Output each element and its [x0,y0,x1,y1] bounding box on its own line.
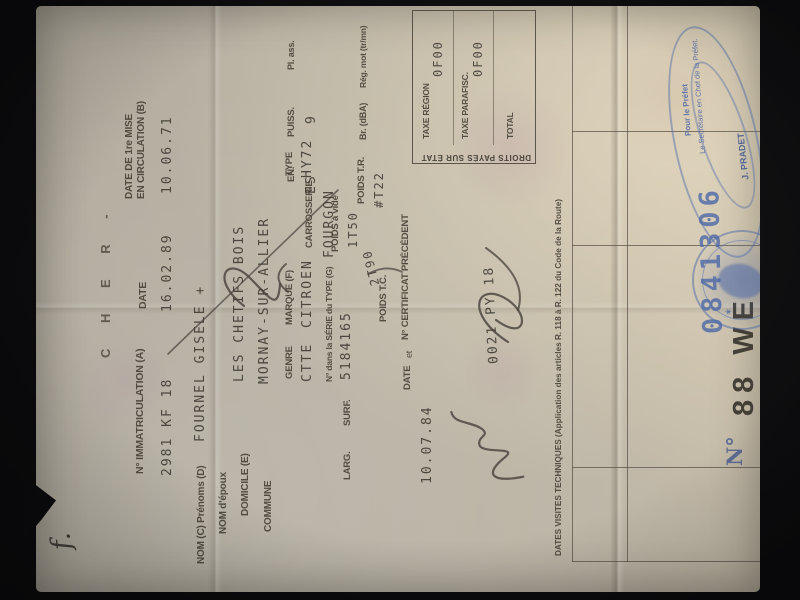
first-registration-label-line1: DATE DE 1re MISE [124,114,135,199]
grid-line [572,467,760,468]
grid-line [572,561,760,562]
date-label: DATE [137,282,149,309]
paper-stain [596,32,756,162]
tax-box: DROITS PAYÉS SUR ÉTAT TAXE RÉGION 0F00 T… [412,10,536,164]
domicile-label: DOMICILE (E) [240,453,251,516]
domicile-value: LES CHETIFS BOIS [232,225,247,382]
total-label: TOTAL [505,112,515,139]
document-photo: f. C H E R - N° IMMATRICULATION (A) DATE… [36,6,760,592]
fold-crease [610,6,624,592]
date2-value: 10.07.84 [420,405,435,484]
paper-stain [466,322,536,422]
immat-label: N° IMMATRICULATION (A) [134,349,146,474]
grid-line [572,6,573,562]
genre-value: CTTE [300,343,315,382]
serie-label: N° dans la SÉRIE du TYPE (G) [324,267,334,382]
cert-prec-label: N° CERTIFICAT PRÉCÉDENT [400,214,411,340]
marque-label: MARQUE (F) [284,270,295,325]
commune-value: MORNAY-SUR-ALLIER [257,217,272,384]
first-registration-value: 10.06.71 [160,115,175,194]
grid-line [627,6,628,562]
seal-star-icon: ✶ [724,308,735,316]
poids-tc-value: 2T90 [360,248,383,287]
poids-vide-value: 1T50 [346,211,360,248]
nom-label: NOM (C) Prénoms (D) [196,466,207,564]
regime-label: Rég. mot (tr/mn) [358,26,368,88]
visites-header: DATES VISITES TECHNIQUES (Application de… [554,199,563,556]
marque-value: CITROEN [300,259,315,328]
commune-label: COMMUNE [263,481,274,532]
poids-vide-label: POIDS à vide [330,195,341,252]
taxe-parafisc-label: TAXE PARAFISC. [460,72,470,139]
taxe-region-label: TAXE RÉGION [421,83,431,139]
taxe-parafisc-value: 0F00 [471,40,485,77]
genre-label: GENRE [284,346,295,379]
photo-background: f. C H E R - N° IMMATRICULATION (A) DATE… [0,0,800,600]
department-name: C H E R - [98,203,113,358]
taxe-region-value: 0F00 [431,40,445,77]
et-label: et [404,351,414,358]
bruit-label: Br. (dBA) [358,103,368,140]
nom-value: FOURNEL GISELE + [193,285,208,442]
puissance-label: PUISS. [286,107,297,137]
surface-label: SURF. [342,400,353,426]
energie-label: EN. [286,167,297,182]
tax-row-divider [453,11,454,145]
serie-value: 5184165 [339,311,354,380]
largeur-label: LARG. [342,451,353,480]
date-value: 16.02.89 [160,233,175,312]
grid-line [572,131,760,132]
energie-value: ES [304,174,319,194]
places-label: Pl. ass. [286,41,296,70]
carte-grise-document: f. C H E R - N° IMMATRICULATION (A) DATE… [36,6,760,592]
registry-number-label: N° [722,436,747,466]
date2-label: DATE [402,366,413,390]
handwritten-mark: f. [45,531,77,551]
poids-tr-label: POIDS T.R. [356,157,367,204]
puissance-value: 9 [304,114,319,124]
officiel-line1: Pour le Préfet [680,84,693,137]
officiel-line2: Le Secrétaire en Chef de la Préfet. [690,38,707,154]
officiel-name: J. PRADET [736,133,751,181]
epoux-label: NOM d'époux [218,472,229,534]
first-registration-label-line2: EN CIRCULATION (B) [136,101,147,199]
poids-tr-value: #T22 [372,171,386,208]
cert-prec-value: 0021 PY 18 [481,265,501,364]
type-value: HY72 [300,139,315,178]
immat-value: 2981 KF 18 [160,378,175,476]
tax-row-divider [493,11,494,145]
tax-box-edge-label: DROITS PAYÉS SUR ÉTAT [415,153,531,162]
